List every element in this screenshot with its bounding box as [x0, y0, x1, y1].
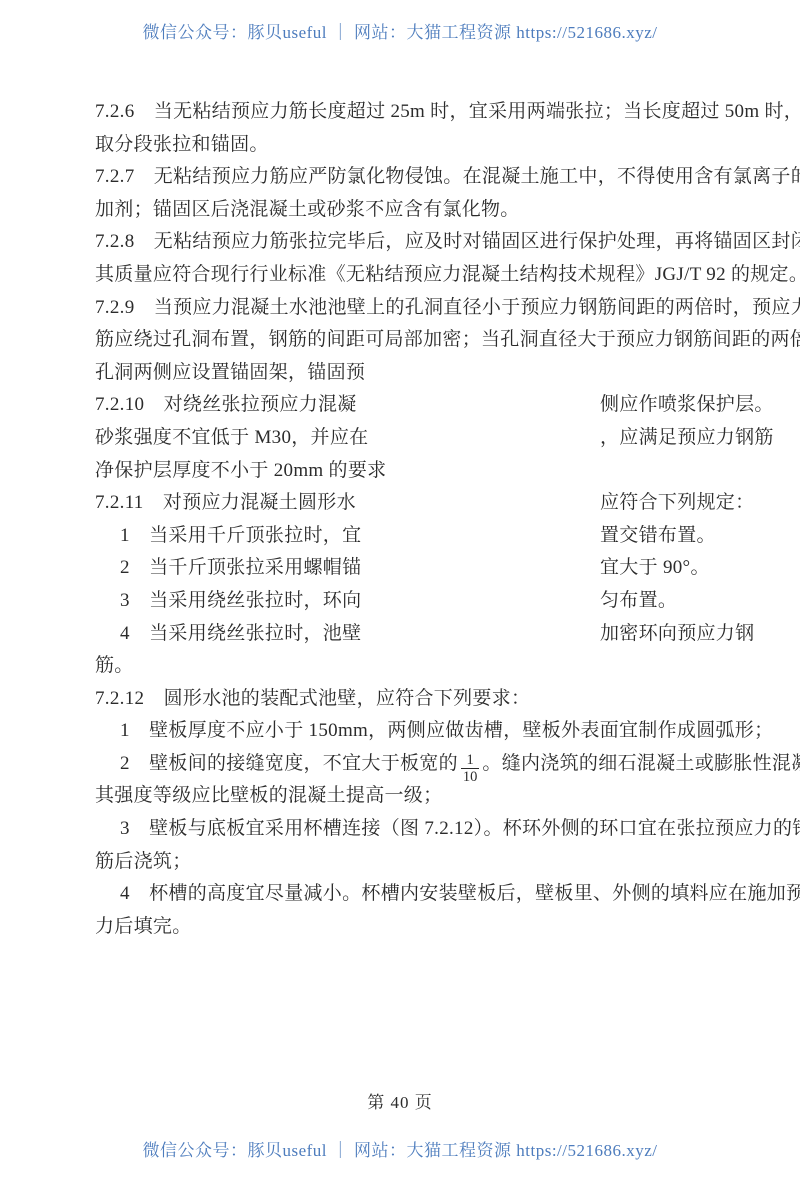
line-text: 净保护层厚度不小于 20mm 的要求 [95, 460, 386, 481]
right-fragment-text: ，应满足预应力钢筋 [600, 422, 774, 455]
line-text: 4 杯槽的高度宜尽量减小。杯槽内安装壁板后，壁板里、外侧的填料应在施加预应 [120, 883, 800, 904]
text-line: 取分段张拉和锚固。 [95, 129, 745, 162]
text-line: 7.2.11 对预应力混凝土圆形水应符合下列规定： [95, 487, 745, 520]
text-line: 4 当采用绕丝张拉时，池壁加密环向预应力钢 [95, 618, 745, 651]
text-line: 加剂；锚固区后浇混凝土或砂浆不应含有氯化物。 [95, 194, 745, 227]
text-line: 3 当采用绕丝张拉时，环向匀布置。 [95, 585, 745, 618]
text-line: 力后填完。 [95, 911, 745, 944]
text-line: 其质量应符合现行行业标准《无粘结预应力混凝土结构技术规程》JGJ/T 92 的规… [95, 259, 745, 292]
footer-watermark-text: 微信公众号：豚贝useful ｜ 网站：大猫工程资源 https://52168… [142, 1141, 657, 1160]
right-fragment-text: 匀布置。 [600, 585, 677, 618]
line-text: 取分段张拉和锚固。 [95, 134, 269, 155]
line-text: 3 壁板与底板宜采用杯槽连接（图 7.2.12）。杯环外侧的环口宜在张拉预应力的… [120, 818, 800, 839]
line-text: 7.2.11 对预应力混凝土圆形水 [95, 492, 356, 513]
line-text: 2 当千斤顶张拉采用螺帽锚 [120, 557, 361, 578]
text-line: 3 壁板与底板宜采用杯槽连接（图 7.2.12）。杯环外侧的环口宜在张拉预应力的… [95, 813, 745, 846]
right-fragment-text: 侧应作喷浆保护层。 [600, 389, 774, 422]
text-line: 1 当采用千斤顶张拉时，宜置交错布置。 [95, 520, 745, 553]
text-line: 7.2.8 无粘结预应力筋张拉完毕后，应及时对锚固区进行保护处理，再将锚固区封闭… [95, 226, 745, 259]
text-line: 7.2.9 当预应力混凝土水池池壁上的孔洞直径小于预应力钢筋间距的两倍时，预应力… [95, 292, 745, 325]
line-text: 4 当采用绕丝张拉时，池壁 [120, 623, 361, 644]
line-text: 2 壁板间的接缝宽度，不宜大于板宽的 [120, 753, 458, 774]
line-text: 7.2.12 圆形水池的装配式池壁，应符合下列要求： [95, 688, 530, 709]
text-line: 筋应绕过孔洞布置，钢筋的间距可局部加密；当孔洞直径大于预应力钢筋间距的两倍时， [95, 324, 745, 357]
document-page: 微信公众号：豚贝useful ｜ 网站：大猫工程资源 https://52168… [0, 0, 800, 1188]
header-watermark: 微信公众号：豚贝useful ｜ 网站：大猫工程资源 https://52168… [0, 18, 800, 43]
page-number-text: 第 40 页 [367, 1093, 433, 1112]
text-line: 2 当千斤顶张拉采用螺帽锚宜大于 90°。 [95, 552, 745, 585]
line-text: 其质量应符合现行行业标准《无粘结预应力混凝土结构技术规程》JGJ/T 92 的规… [95, 264, 800, 285]
text-line: 4 杯槽的高度宜尽量减小。杯槽内安装壁板后，壁板里、外侧的填料应在施加预应 [95, 878, 745, 911]
text-line: 2 壁板间的接缝宽度，不宜大于板宽的110。缝内浇筑的细石混凝土或膨胀性混凝土， [95, 748, 745, 781]
text-line: 净保护层厚度不小于 20mm 的要求 [95, 455, 745, 488]
line-text: 1 壁板厚度不应小于 150mm，两侧应做齿槽，壁板外表面宜制作成圆弧形； [120, 720, 773, 741]
line-text: 力后填完。 [95, 916, 192, 937]
fraction-numerator: 1 [461, 752, 480, 769]
text-line: 7.2.10 对绕丝张拉预应力混凝侧应作喷浆保护层。 [95, 389, 745, 422]
line-text: 筋应绕过孔洞布置，钢筋的间距可局部加密；当孔洞直径大于预应力钢筋间距的两倍时， [95, 329, 800, 350]
line-text: 7.2.6 当无粘结预应力筋长度超过 25m 时，宜采用两端张拉；当长度超过 5… [95, 101, 800, 122]
line-text: 7.2.10 对绕丝张拉预应力混凝 [95, 394, 357, 415]
document-body: 7.2.6 当无粘结预应力筋长度超过 25m 时，宜采用两端张拉；当长度超过 5… [95, 96, 745, 943]
line-text: 。缝内浇筑的细石混凝土或膨胀性混凝土， [482, 753, 800, 774]
page-number: 第 40 页 [0, 1088, 800, 1113]
right-fragment-text: 置交错布置。 [600, 520, 716, 553]
line-text: 3 当采用绕丝张拉时，环向 [120, 590, 361, 611]
right-fragment-text: 加密环向预应力钢 [600, 618, 754, 651]
text-line: 筋。 [95, 650, 745, 683]
footer-watermark: 微信公众号：豚贝useful ｜ 网站：大猫工程资源 https://52168… [0, 1136, 800, 1161]
text-line: 7.2.6 当无粘结预应力筋长度超过 25m 时，宜采用两端张拉；当长度超过 5… [95, 96, 745, 129]
header-watermark-text: 微信公众号：豚贝useful ｜ 网站：大猫工程资源 https://52168… [142, 23, 657, 42]
text-line: 筋后浇筑； [95, 846, 745, 879]
text-line: 砂浆强度不宜低于 M30，并应在，应满足预应力钢筋 [95, 422, 745, 455]
text-line: 1 壁板厚度不应小于 150mm，两侧应做齿槽，壁板外表面宜制作成圆弧形； [95, 715, 745, 748]
line-text: 7.2.8 无粘结预应力筋张拉完毕后，应及时对锚固区进行保护处理，再将锚固区封闭… [95, 231, 800, 252]
line-text: 砂浆强度不宜低于 M30，并应在 [95, 427, 368, 448]
right-fragment-text: 宜大于 90°。 [600, 552, 710, 585]
line-text: 筋。 [95, 655, 134, 676]
text-line: 7.2.12 圆形水池的装配式池壁，应符合下列要求： [95, 683, 745, 716]
line-text: 其强度等级应比壁板的混凝土提高一级； [95, 785, 442, 806]
text-line: 7.2.7 无粘结预应力筋应严防氯化物侵蚀。在混凝土施工中，不得使用含有氯离子的… [95, 161, 745, 194]
line-text: 加剂；锚固区后浇混凝土或砂浆不应含有氯化物。 [95, 199, 520, 220]
line-text: 7.2.9 当预应力混凝土水池池壁上的孔洞直径小于预应力钢筋间距的两倍时，预应力… [95, 297, 800, 318]
text-line: 其强度等级应比壁板的混凝土提高一级； [95, 780, 745, 813]
line-text: 筋后浇筑； [95, 851, 192, 872]
line-text: 1 当采用千斤顶张拉时，宜 [120, 525, 361, 546]
right-fragment-text: 应符合下列规定： [600, 487, 754, 520]
text-line: 孔洞两侧应设置锚固架，锚固预 [95, 357, 745, 390]
line-text: 7.2.7 无粘结预应力筋应严防氯化物侵蚀。在混凝土施工中，不得使用含有氯离子的… [95, 166, 800, 187]
line-text: 孔洞两侧应设置锚固架，锚固预 [95, 362, 365, 383]
